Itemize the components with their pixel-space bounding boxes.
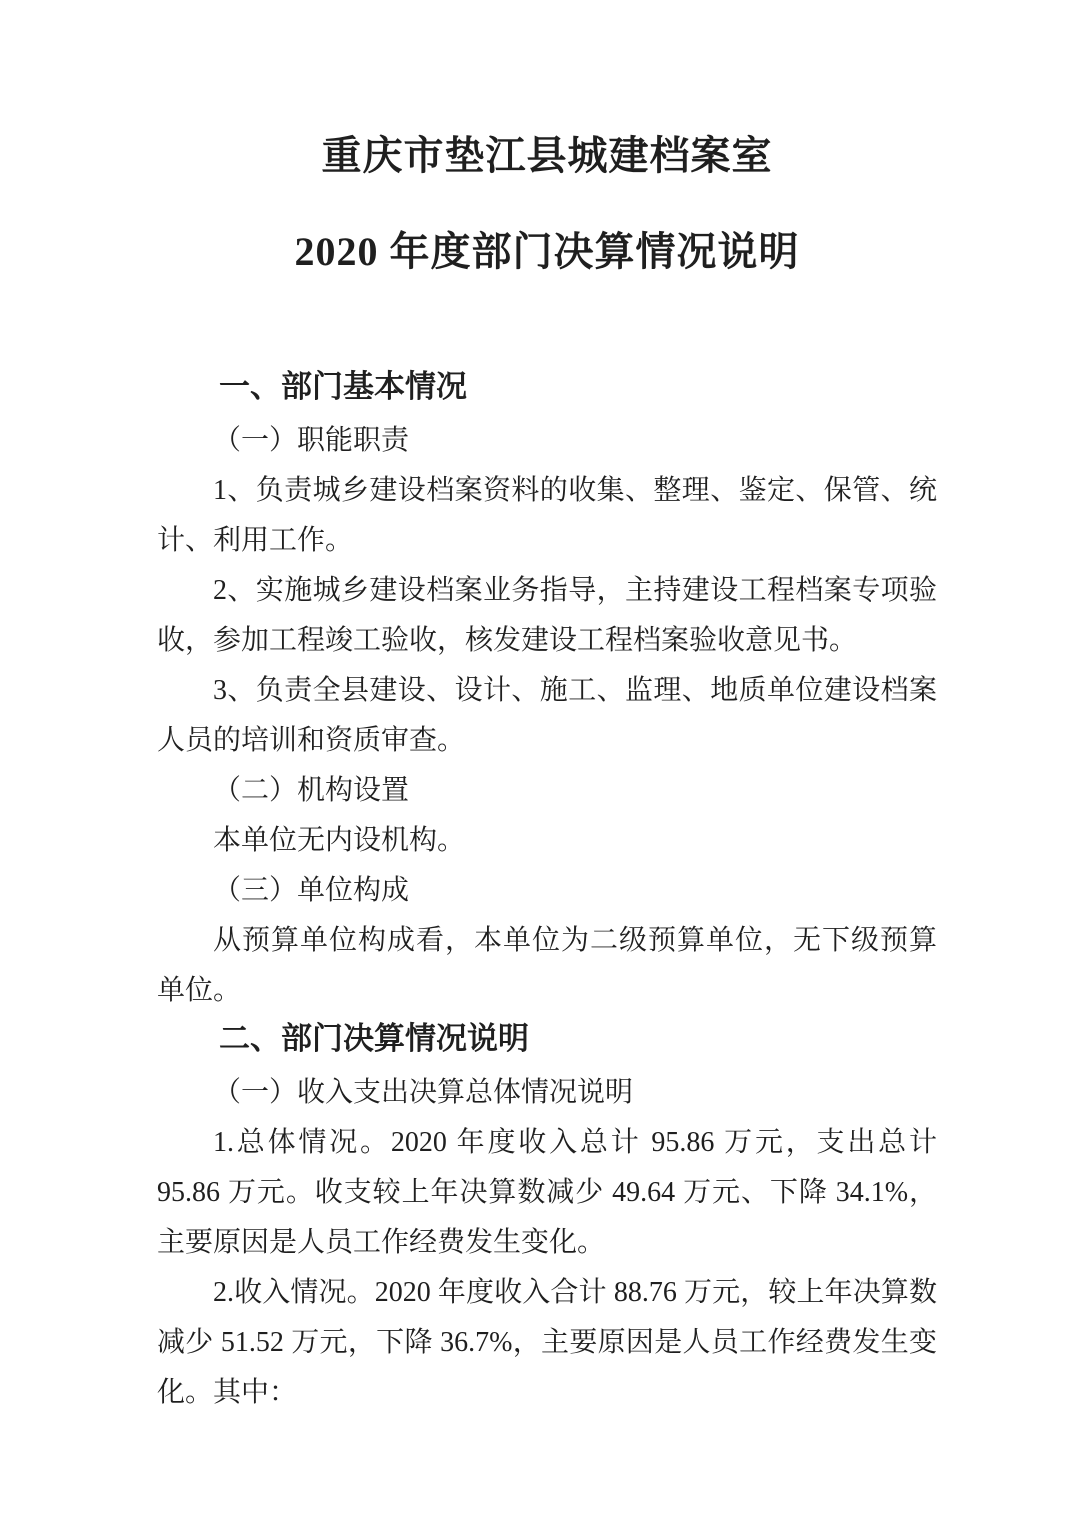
section-heading-basic-info: 一、部门基本情况 [157, 364, 937, 410]
subsection-heading-income-expenditure-overview: （一）收入支出决算总体情况说明 [157, 1068, 937, 1118]
paragraph-unit-composition: 从预算单位构成看，本单位为二级预算单位，无下级预算单位。 [157, 916, 937, 1016]
document-title-line1: 重庆市垫江县城建档案室 [157, 128, 937, 184]
subsection-heading-organization: （二）机构设置 [157, 766, 937, 816]
document-body: 一、部门基本情况 （一）职能职责 1、负责城乡建设档案资料的收集、整理、鉴定、保… [157, 364, 937, 1418]
paragraph-duty-1: 1、负责城乡建设档案资料的收集、整理、鉴定、保管、统计、利用工作。 [157, 466, 937, 566]
section-heading-final-accounts: 二、部门决算情况说明 [157, 1016, 937, 1062]
document-page: 重庆市垫江县城建档案室 2020 年度部门决算情况说明 一、部门基本情况 （一）… [0, 0, 1074, 1520]
paragraph-organization: 本单位无内设机构。 [157, 816, 937, 866]
document-title-line2: 2020 年度部门决算情况说明 [157, 224, 937, 280]
document-content: 重庆市垫江县城建档案室 2020 年度部门决算情况说明 一、部门基本情况 （一）… [0, 0, 1074, 1418]
paragraph-duty-3: 3、负责全县建设、设计、施工、监理、地质单位建设档案人员的培训和资质审查。 [157, 666, 937, 766]
document-title: 重庆市垫江县城建档案室 2020 年度部门决算情况说明 [157, 0, 937, 280]
paragraph-duty-2: 2、实施城乡建设档案业务指导，主持建设工程档案专项验收，参加工程竣工验收，核发建… [157, 566, 937, 666]
paragraph-income-situation: 2.收入情况。2020 年度收入合计 88.76 万元，较上年决算数减少 51.… [157, 1268, 937, 1418]
subsection-heading-duties: （一）职能职责 [157, 416, 937, 466]
subsection-heading-unit-composition: （三）单位构成 [157, 866, 937, 916]
paragraph-overall-situation: 1.总体情况。2020 年度收入总计 95.86 万元，支出总计 95.86 万… [157, 1118, 937, 1268]
